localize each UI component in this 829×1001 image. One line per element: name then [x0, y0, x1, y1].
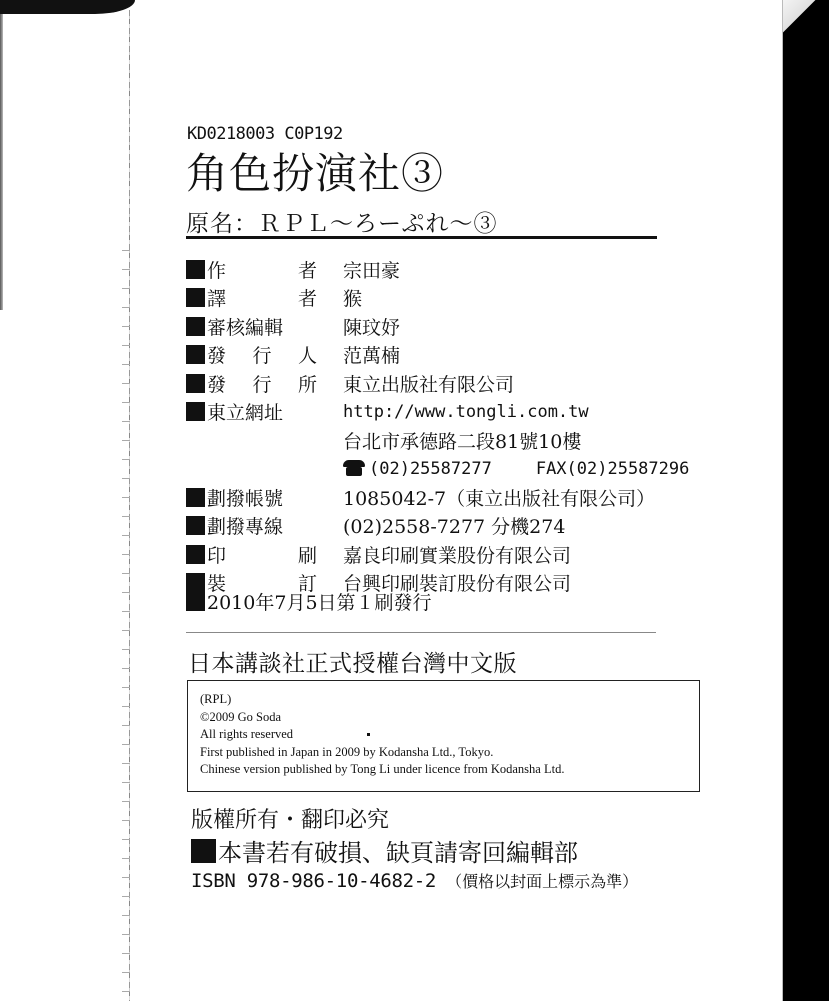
- gutter-tick: [122, 953, 130, 954]
- translator-name: 猴: [343, 284, 746, 311]
- page-right-curl: [783, 0, 829, 34]
- square-bullet-icon: [186, 592, 205, 611]
- gutter-tick: [122, 915, 130, 916]
- print-speck: [367, 733, 370, 736]
- square-bullet-icon: [186, 317, 205, 336]
- square-bullet-icon: [186, 545, 205, 564]
- printer-name: 嘉良印刷實業股份有限公司: [343, 541, 746, 568]
- section-divider: [186, 632, 656, 633]
- gutter-tick: [122, 763, 130, 764]
- credit-row-printer: 印刷 嘉良印刷實業股份有限公司: [186, 540, 746, 569]
- copyright-line: ©2009 Go Soda: [200, 709, 699, 727]
- gutter-tick: [122, 383, 130, 384]
- square-bullet-icon: [186, 374, 205, 393]
- gutter-tick: [122, 687, 130, 688]
- damage-notice-line: 本書若有破損、缺頁請寄回編輯部: [191, 833, 578, 868]
- website-link[interactable]: http://www.tongli.com.tw: [343, 402, 746, 422]
- gutter-tick: [122, 877, 130, 878]
- credit-row-publishing-house: 發行所 東立出版社有限公司: [186, 369, 746, 398]
- isbn-number: ISBN 978-986-10-4682-2: [191, 870, 436, 892]
- gutter-tick: [122, 991, 130, 992]
- square-bullet-icon: [186, 402, 205, 421]
- phone-number: (02)25587277: [369, 459, 492, 479]
- page-gutter-line: [129, 10, 130, 1001]
- scan-background: [783, 34, 829, 1001]
- gutter-tick: [122, 307, 130, 308]
- gutter-tick: [122, 839, 130, 840]
- gutter-tick: [122, 896, 130, 897]
- gutter-tick: [122, 782, 130, 783]
- copyright-line: Chinese version published by Tong Li und…: [200, 761, 699, 779]
- editor-name: 陳玟妤: [343, 313, 746, 340]
- credit-row-author: 作者 宗田豪: [186, 255, 746, 284]
- gutter-tick: [122, 440, 130, 441]
- telephone-icon: [343, 460, 365, 476]
- square-bullet-icon: [186, 516, 205, 535]
- credits-list: 作者 宗田豪 譯者 猴 審核編輯 陳玟妤 發行人 范萬楠 發行所 東立出版社有限…: [186, 255, 746, 597]
- gutter-tick: [122, 250, 130, 251]
- credit-row-editor: 審核編輯 陳玟妤: [186, 312, 746, 341]
- gutter-tick: [122, 801, 130, 802]
- gutter-tick: [122, 345, 130, 346]
- gutter-tick: [122, 573, 130, 574]
- fax-number: FAX(02)25587296: [536, 459, 690, 479]
- square-bullet-icon: [186, 260, 205, 279]
- gutter-tick: [122, 820, 130, 821]
- gutter-tick: [122, 535, 130, 536]
- gutter-tick: [122, 497, 130, 498]
- gutter-tick: [122, 972, 130, 973]
- license-statement: 日本講談社正式授權台灣中文版: [188, 645, 517, 678]
- title-divider: [186, 236, 657, 239]
- price-note: （價格以封面上標示為準）: [446, 869, 638, 892]
- gutter-tick: [122, 288, 130, 289]
- print-date: 2010年7月5日第１刷發行: [207, 588, 432, 615]
- gutter-tick: [122, 630, 130, 631]
- gutter-tick: [122, 554, 130, 555]
- gutter-tick: [122, 478, 130, 479]
- page-left-shadow: [0, 0, 3, 310]
- isbn-line: ISBN 978-986-10-4682-2 （價格以封面上標示為準）: [191, 869, 638, 892]
- gutter-tick: [122, 706, 130, 707]
- rights-notice: 版權所有・翻印必究: [191, 803, 389, 834]
- postal-hotline: (02)2558-7277 分機274: [343, 512, 746, 539]
- gutter-tick: [122, 725, 130, 726]
- print-date-line: 2010年7月5日第１刷發行: [186, 588, 432, 615]
- credit-row-website: 東立網址 http://www.tongli.com.tw: [186, 398, 746, 427]
- credit-row-postal-account: 劃撥帳號 1085042-7（東立出版社有限公司）: [186, 483, 746, 512]
- gutter-tick: [122, 421, 130, 422]
- damage-notice: 本書若有破損、缺頁請寄回編輯部: [218, 833, 578, 868]
- credit-row-contact: (02)25587277FAX(02)25587296: [186, 455, 746, 484]
- gutter-tick: [122, 934, 130, 935]
- postal-account: 1085042-7（東立出版社有限公司）: [343, 484, 746, 511]
- gutter-tick: [122, 364, 130, 365]
- gutter-tick: [122, 459, 130, 460]
- gutter-tick: [122, 744, 130, 745]
- gutter-tick: [122, 592, 130, 593]
- credit-row-publisher: 發行人 范萬楠: [186, 341, 746, 370]
- original-title: 原名：ＲＰＬ～ろーぷれ～③: [186, 205, 498, 238]
- square-bullet-icon: [191, 839, 216, 863]
- book-title: 角色扮演社③: [186, 148, 444, 200]
- copyright-box: (RPL) ©2009 Go Soda All rights reserved …: [187, 680, 700, 792]
- publisher-name: 范萬楠: [343, 341, 746, 368]
- author-name: 宗田豪: [343, 256, 746, 283]
- copyright-line: All rights reserved: [200, 726, 699, 744]
- square-bullet-icon: [186, 288, 205, 307]
- square-bullet-icon: [186, 488, 205, 507]
- gutter-tick: [122, 326, 130, 327]
- address: 台北市承德路二段81號10樓: [343, 427, 746, 454]
- catalog-code: KD0218003 C0P192: [187, 124, 343, 144]
- gutter-tick: [122, 269, 130, 270]
- gutter-tick: [122, 668, 130, 669]
- gutter-tick: [122, 516, 130, 517]
- page-corner-shadow: [0, 0, 135, 14]
- copyright-line: (RPL): [200, 691, 699, 709]
- publishing-house-name: 東立出版社有限公司: [343, 370, 746, 397]
- credit-row-postal-hotline: 劃撥專線 (02)2558-7277 分機274: [186, 512, 746, 541]
- gutter-tick: [122, 611, 130, 612]
- square-bullet-icon: [186, 345, 205, 364]
- credit-row-translator: 譯者 猴: [186, 284, 746, 313]
- gutter-tick: [122, 649, 130, 650]
- credit-row-address: 台北市承德路二段81號10樓: [186, 426, 746, 455]
- gutter-tick: [122, 858, 130, 859]
- gutter-tick: [122, 402, 130, 403]
- copyright-line: First published in Japan in 2009 by Koda…: [200, 744, 699, 762]
